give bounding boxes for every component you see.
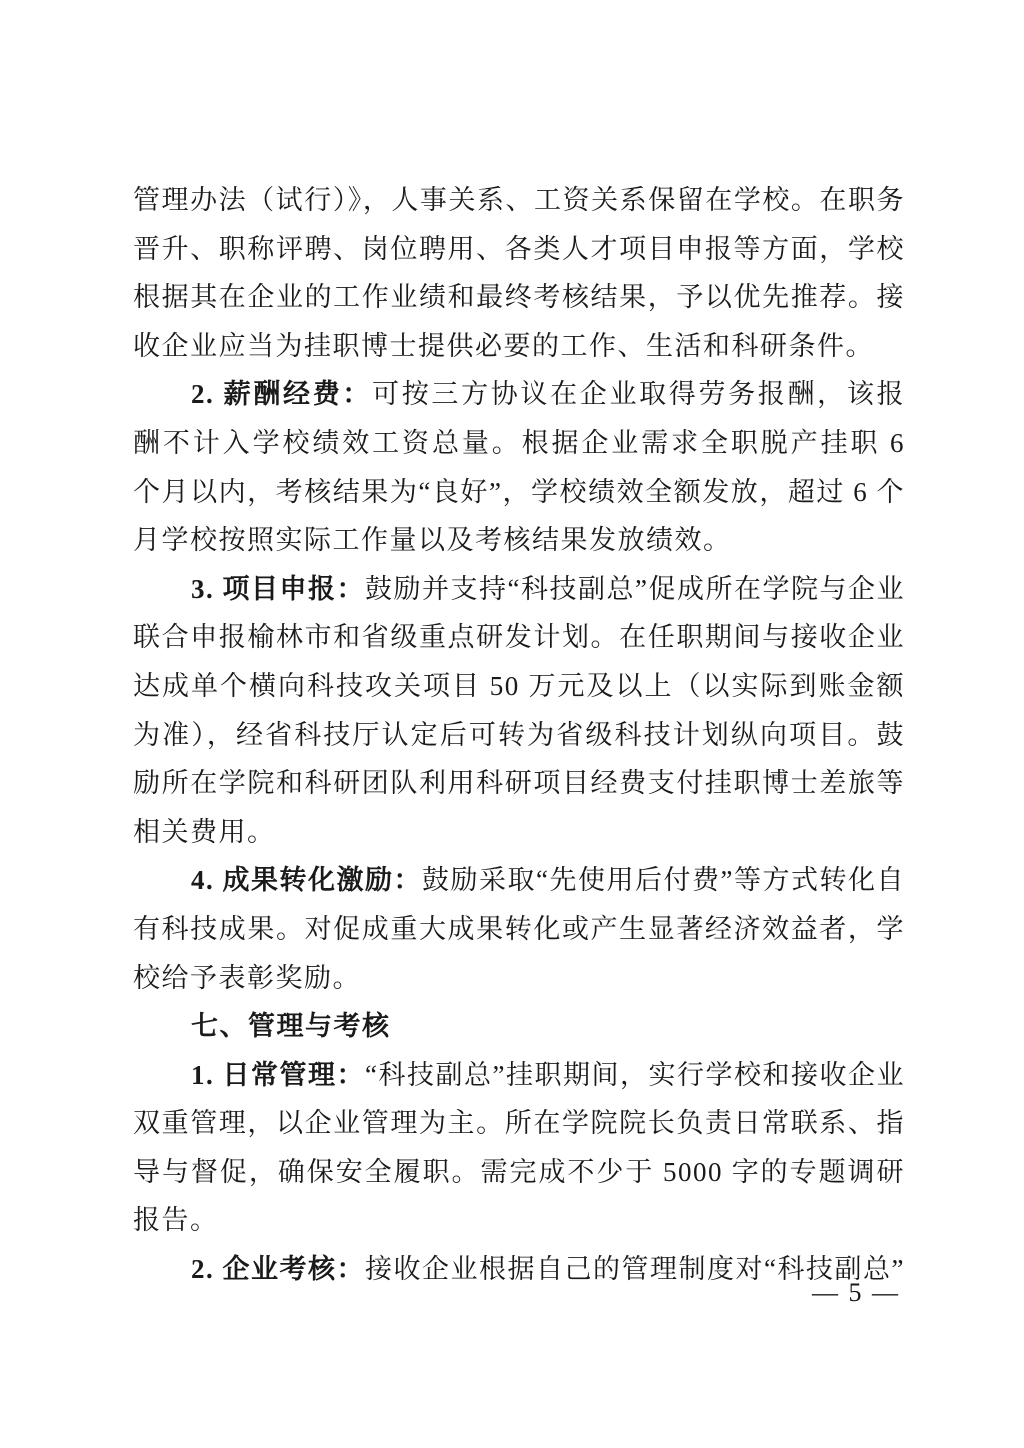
paragraph-lead: 2. 薪酬经费： xyxy=(191,379,372,409)
paragraph-lead: 3. 项目申报： xyxy=(191,574,365,604)
paragraph-lead: 2. 企业考核： xyxy=(191,1254,365,1284)
paragraph-daily-management: 1. 日常管理：“科技副总”挂职期间，实行学校和接收企业双重管理，以企业管理为主… xyxy=(133,1051,905,1245)
page-number: — 5 — xyxy=(812,1278,900,1308)
paragraph-achievement-incentive: 4. 成果转化激励：鼓励采取“先使用后付费”等方式转化自有科技成果。对促成重大成… xyxy=(133,856,905,1002)
paragraph-continuation: 管理办法（试行）》，人事关系、工资关系保留在学校。在职务晋升、职称评聘、岗位聘用… xyxy=(133,176,905,370)
paragraph-body: 鼓励并支持“科技副总”促成所在学院与企业联合申报榆林市和省级重点研发计划。在任职… xyxy=(133,574,905,847)
paragraph-salary: 2. 薪酬经费：可按三方协议在企业取得劳务报酬，该报酬不计入学校绩效工资总量。根… xyxy=(133,370,905,564)
paragraph-enterprise-assessment: 2. 企业考核：接收企业根据自己的管理制度对“科技副总” xyxy=(133,1245,905,1294)
heading-text: 七、管理与考核 xyxy=(191,1011,391,1041)
paragraph-lead: 4. 成果转化激励： xyxy=(191,865,422,895)
section-heading-management-assessment: 七、管理与考核 xyxy=(133,1002,905,1051)
paragraph-project-application: 3. 项目申报：鼓励并支持“科技副总”促成所在学院与企业联合申报榆林市和省级重点… xyxy=(133,565,905,857)
paragraph-body: 管理办法（试行）》，人事关系、工资关系保留在学校。在职务晋升、职称评聘、岗位聘用… xyxy=(133,185,905,361)
text-block: 管理办法（试行）》，人事关系、工资关系保留在学校。在职务晋升、职称评聘、岗位聘用… xyxy=(133,176,905,1294)
paragraph-lead: 1. 日常管理： xyxy=(191,1060,365,1090)
document-page: 管理办法（试行）》，人事关系、工资关系保留在学校。在职务晋升、职称评聘、岗位聘用… xyxy=(0,0,1024,1448)
